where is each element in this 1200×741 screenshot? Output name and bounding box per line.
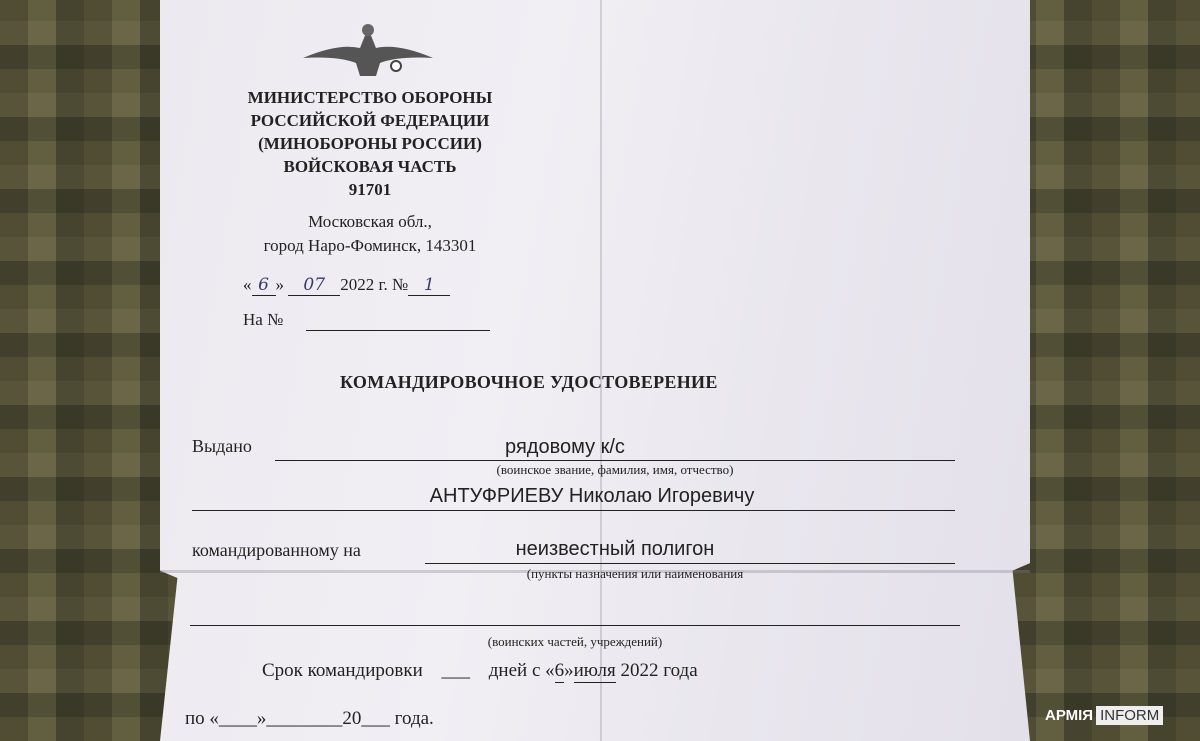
quote: » — [276, 275, 285, 294]
watermark-part: INFORM — [1096, 706, 1163, 725]
term-label: Срок командировки — [262, 660, 423, 681]
address-line: Московская обл., — [200, 210, 540, 234]
term-day: 6 — [555, 660, 565, 683]
until-line: по «____»________20___ года. — [185, 708, 434, 730]
term-from: дней с « — [489, 660, 555, 681]
date-day: 6 — [252, 275, 276, 296]
rank-caption: (воинское звание, фамилия, имя, отчество… — [275, 462, 955, 478]
destination-value: неизвестный полигон — [425, 538, 805, 561]
unit-number: 91701 — [200, 178, 540, 201]
term-line: Срок командировки ___ дней с «6»июля 202… — [262, 660, 698, 683]
destination-caption: (пункты назначения или наименования — [425, 566, 845, 582]
term-days: ___ — [442, 660, 471, 681]
armiyainform-watermark: АРМІЯ INFORM — [1045, 706, 1163, 725]
date-month: 07 — [288, 275, 340, 296]
rank-underline — [275, 459, 955, 461]
ministry-line: (МИНОБОРОНЫ РОССИИ) — [200, 132, 540, 155]
issued-label: Выдано — [192, 436, 252, 457]
issuer-address: Московская обл., город Наро-Фоминск, 143… — [200, 210, 540, 258]
destination-underline — [425, 562, 955, 564]
units-caption: (воинских частей, учреждений) — [190, 634, 960, 650]
unit-label: ВОЙСКОВАЯ ЧАСТЬ — [200, 155, 540, 178]
eagle-emblem-icon — [298, 18, 438, 80]
paper-fold — [600, 0, 602, 741]
issuer-header: МИНИСТЕРСТВО ОБОРОНЫ РОССИЙСКОЙ ФЕДЕРАЦИ… — [200, 86, 540, 201]
rank-value: рядовому к/с — [275, 436, 855, 459]
doc-number: 1 — [408, 275, 450, 296]
term-month: июля — [574, 660, 616, 683]
date-year: 2022 г. № — [340, 275, 408, 294]
term-year: 2022 года — [616, 660, 698, 681]
ref-value — [306, 310, 490, 331]
quote: « — [243, 275, 252, 294]
ref-line: На № — [243, 310, 490, 331]
ministry-line: МИНИСТЕРСТВО ОБОРОНЫ — [200, 86, 540, 109]
watermark-part: АРМІЯ — [1045, 707, 1096, 724]
name-value: АНТУФРИЕВУ Николаю Игоревичу — [192, 485, 992, 508]
destination-label: командированному на — [192, 540, 361, 561]
ministry-line: РОССИЙСКОЙ ФЕДЕРАЦИИ — [200, 109, 540, 132]
date-line: «6» 072022 г. №1 — [243, 275, 450, 296]
units-underline — [190, 624, 960, 626]
document-title: КОМАНДИРОВОЧНОЕ УДОСТОВЕРЕНИЕ — [340, 372, 718, 393]
quote: » — [564, 660, 574, 681]
name-underline — [192, 509, 955, 511]
address-line: город Наро-Фоминск, 143301 — [200, 234, 540, 258]
ref-label: На № — [243, 310, 283, 329]
